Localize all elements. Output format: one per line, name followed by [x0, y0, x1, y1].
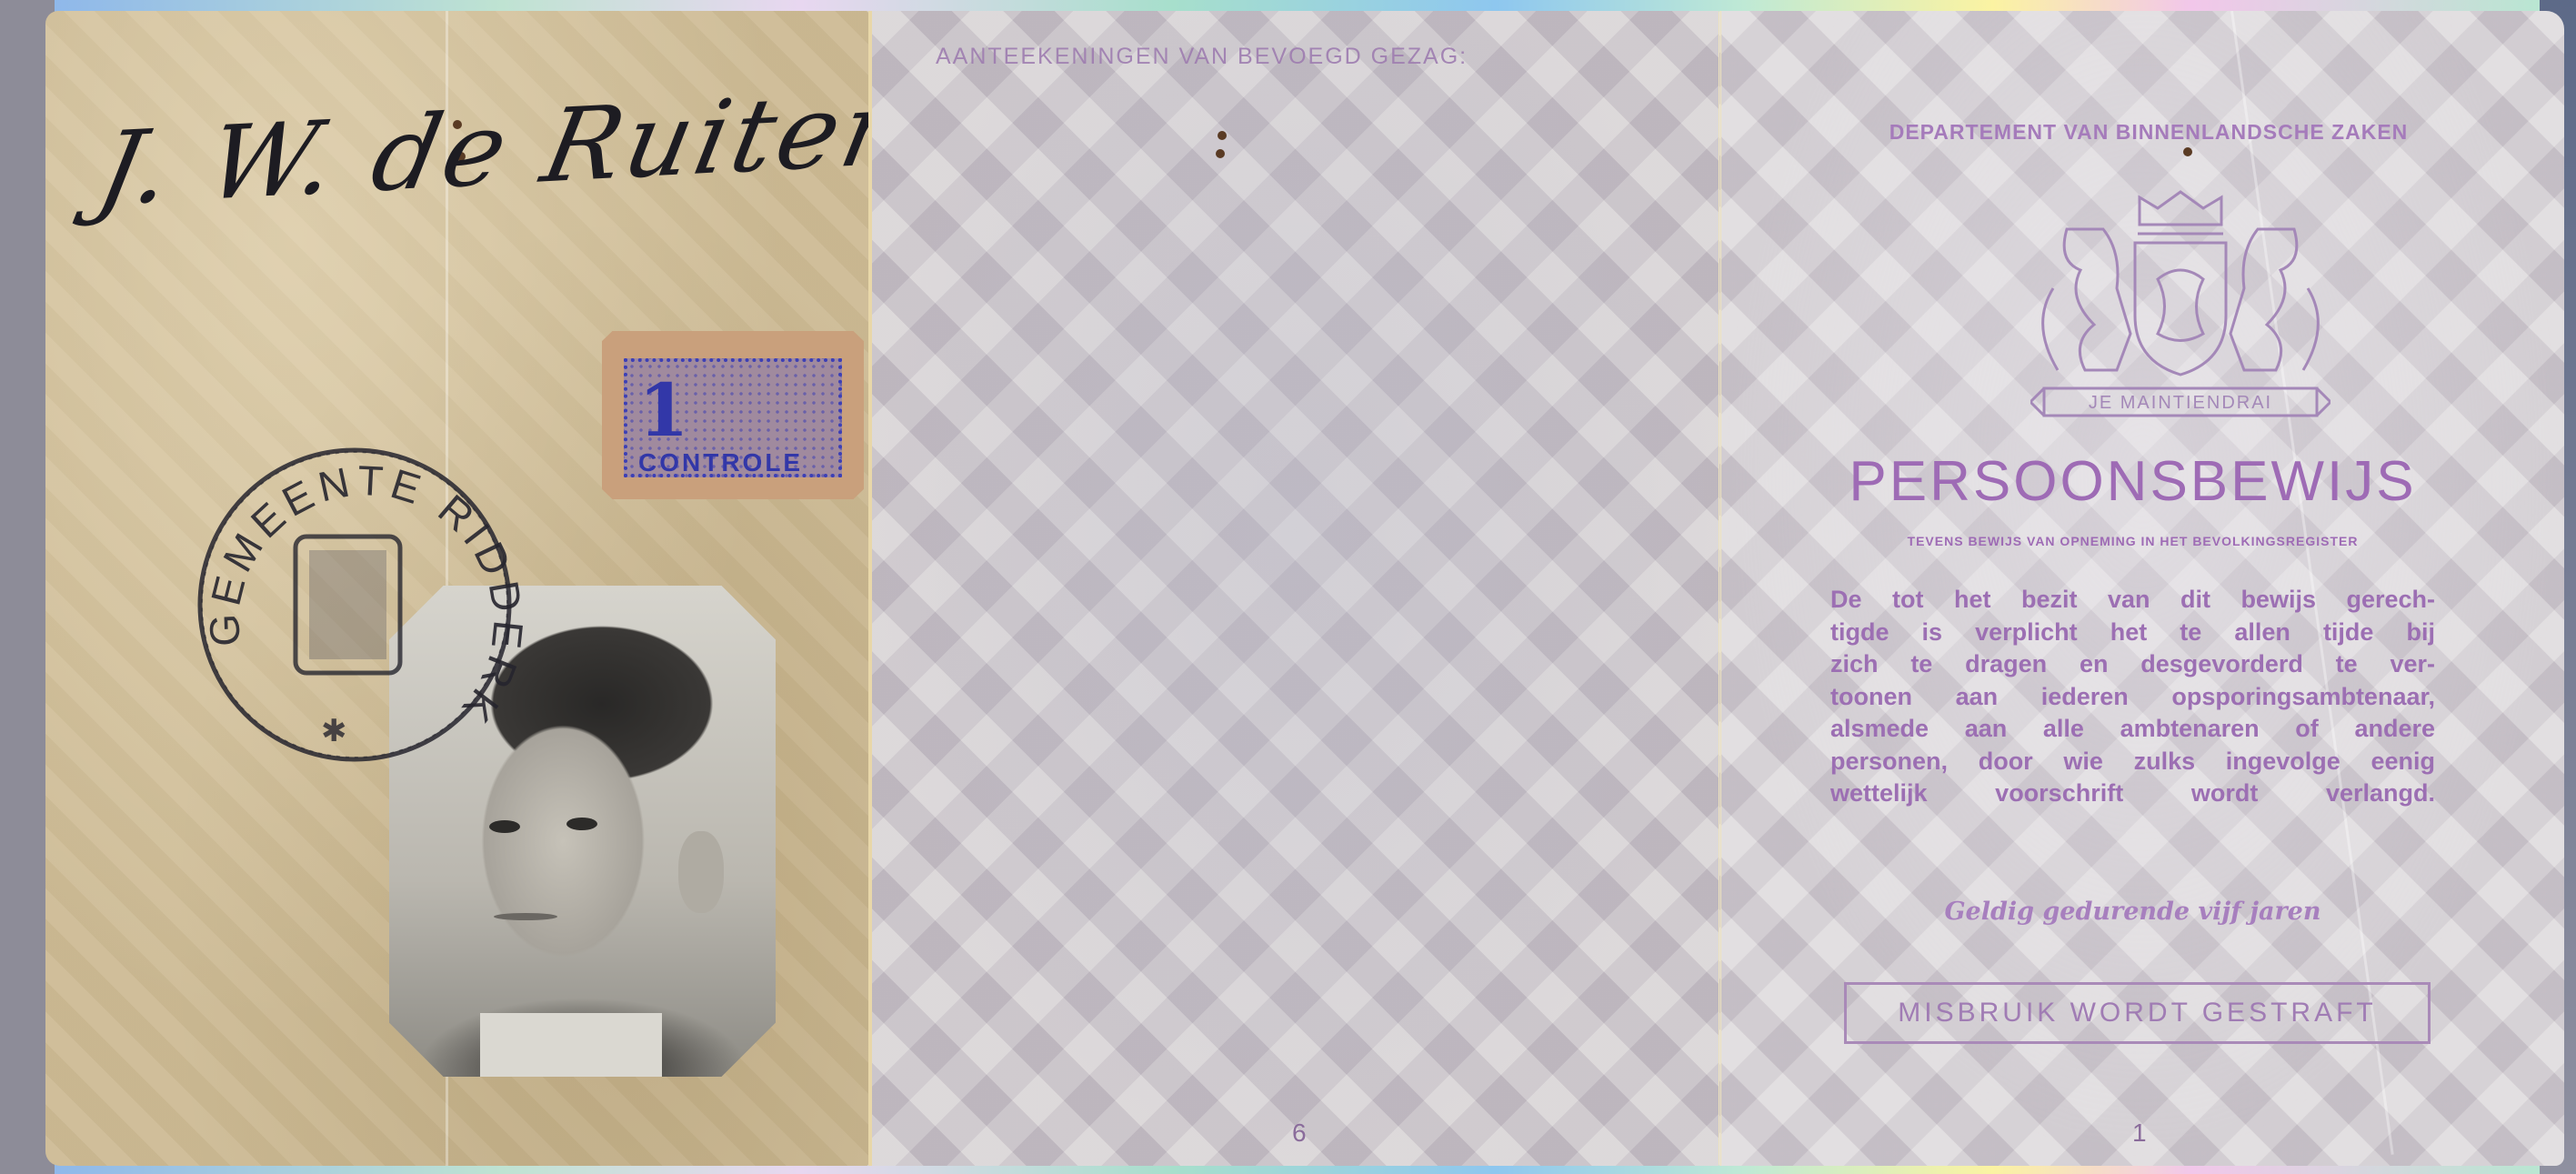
- misuse-warning-box: MISBRUIK WORDT GESTRAFT: [1844, 982, 2431, 1044]
- notice-line: De tot het bezit van dit bewijs gerech-: [1830, 584, 2435, 617]
- municipal-seal-stamp-icon: GEMEENTE RIDDERKERK ✱: [186, 436, 523, 773]
- notice-line: personen, door wie zulks ingevolge eenig: [1830, 746, 2435, 778]
- document-subtitle: TEVENS BEWIJS VAN OPNEMING IN HET BEVOLK…: [1830, 534, 2435, 548]
- middle-page: AANTEEKENINGEN VAN BEVOEGD GEZAG: 6: [868, 11, 1719, 1166]
- dutch-coat-of-arms-icon: JE MAINTIENDRAI: [2030, 188, 2330, 429]
- notice-line: toonen aan iederen opsporingsambtenaar,: [1830, 681, 2435, 714]
- revenue-stamp-label: CONTROLE: [638, 448, 803, 477]
- identity-card-spread: J. W. de Ruiter 1 CONTROLE: [45, 11, 2564, 1166]
- validity-statement: Geldig gedurende vijf jaren: [1830, 898, 2435, 926]
- legal-notice: De tot het bezit van dit bewijs gerech- …: [1830, 584, 2435, 810]
- photo-collar: [480, 1013, 662, 1077]
- notice-line: wettelijk voorschrift wordt verlangd.: [1830, 778, 2435, 810]
- authority-notes-header: AANTEEKENINGEN VAN BEVOEGD GEZAG:: [936, 44, 1468, 70]
- page-number: 1: [2132, 1119, 2147, 1148]
- photo-eye: [489, 820, 520, 833]
- punch-hole: [1218, 131, 1227, 140]
- punch-hole: [2183, 147, 2192, 156]
- document-title: PERSOONSBEWIJS: [1830, 449, 2435, 514]
- photo-ear: [678, 831, 724, 913]
- page-number: 6: [1292, 1119, 1307, 1148]
- department-heading: DEPARTEMENT VAN BINNENLANDSCHE ZAKEN: [1830, 120, 2467, 145]
- svg-text:✱: ✱: [321, 714, 347, 748]
- punch-hole: [1216, 149, 1225, 158]
- notice-line: tigde is verplicht het te allen tijde bi…: [1830, 617, 2435, 649]
- holder-signature: J. W. de Ruiter: [88, 73, 847, 229]
- notice-line: zich te dragen en desgevorderd te ver-: [1830, 648, 2435, 681]
- notice-line: alsmede aan alle ambtenaren of andere: [1830, 713, 2435, 746]
- left-page: J. W. de Ruiter 1 CONTROLE: [45, 11, 868, 1166]
- photo-eye: [566, 818, 597, 830]
- revenue-stamp-value: 1: [638, 367, 689, 453]
- revenue-stamp: 1 CONTROLE: [602, 331, 864, 499]
- crest-motto: JE MAINTIENDRAI: [2089, 393, 2272, 413]
- photo-mouth: [494, 913, 557, 920]
- right-page: DEPARTEMENT VAN BINNENLANDSCHE ZAKEN JE …: [1719, 11, 2564, 1166]
